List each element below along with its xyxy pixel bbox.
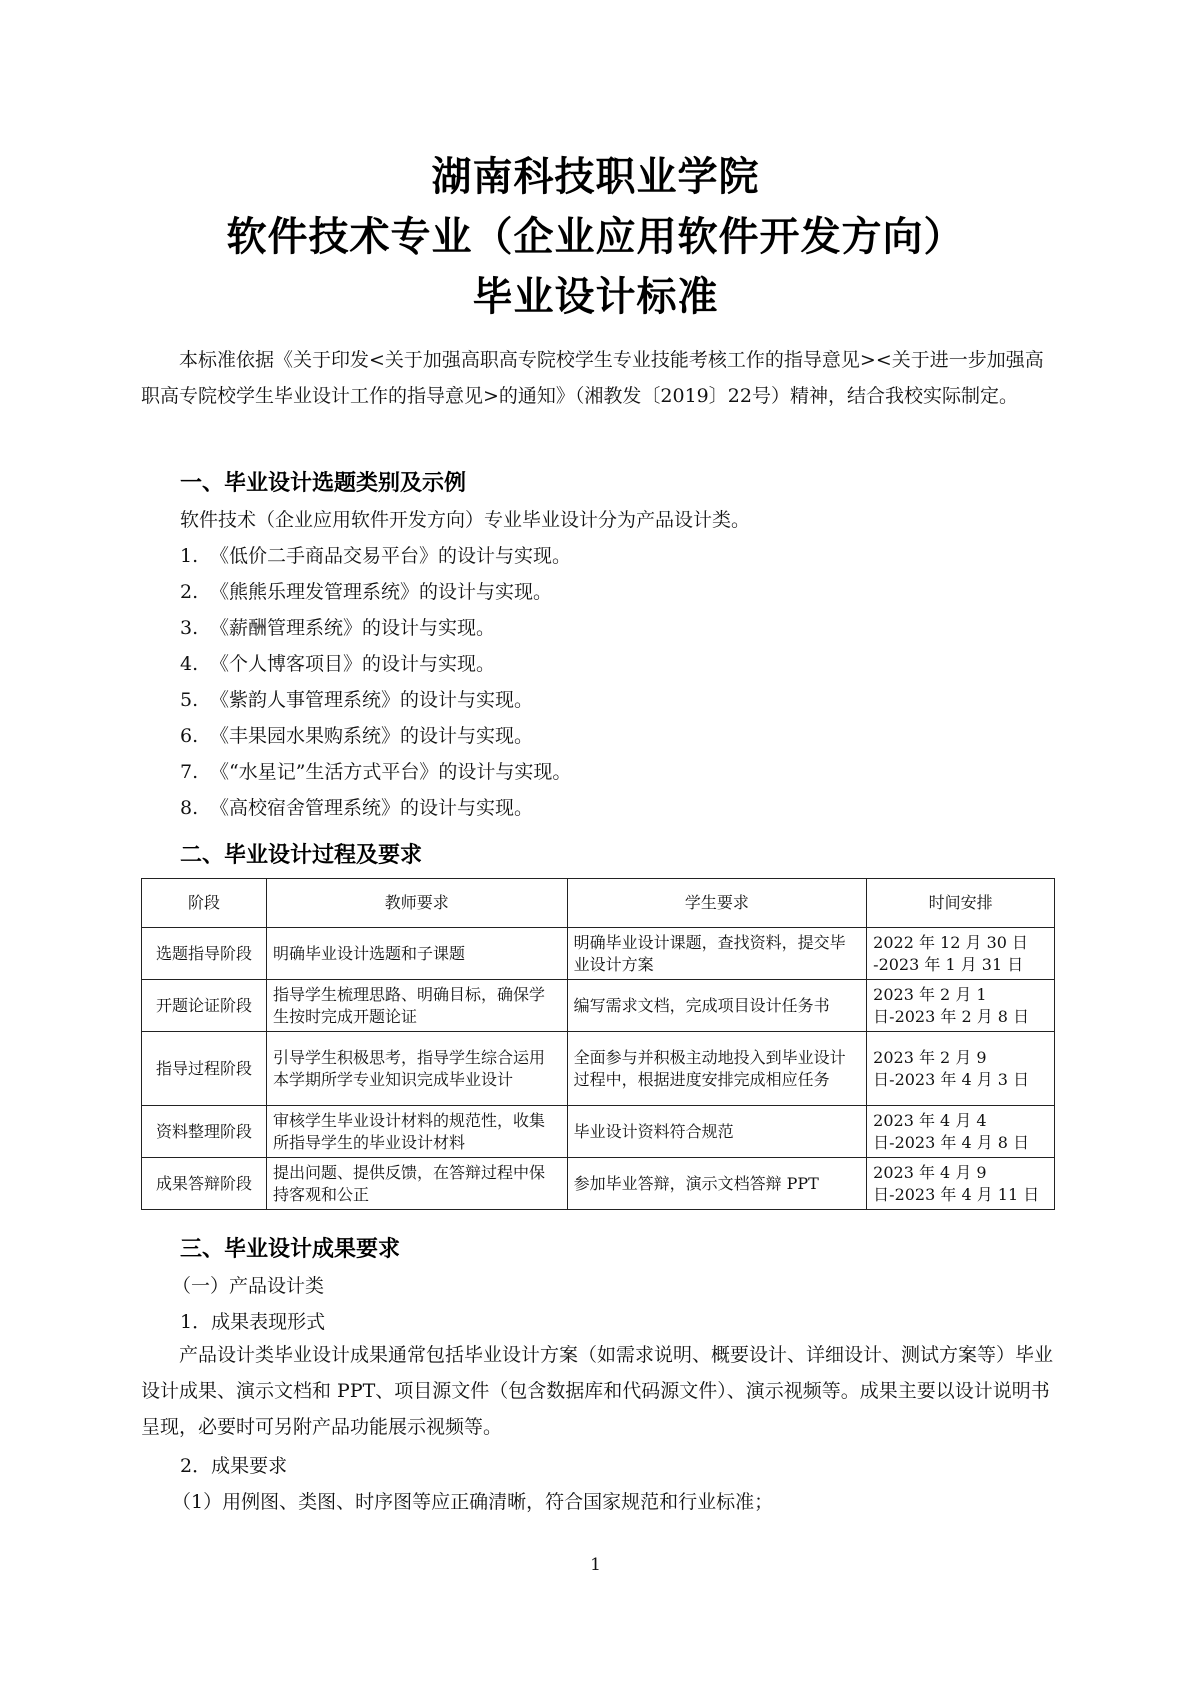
column-header-teacher: 教师要求	[266, 879, 567, 928]
cell-student: 参加毕业答辩，演示文档答辩 PPT	[567, 1158, 867, 1210]
table-row: 指导过程阶段 引导学生积极思考，指导学生综合运用本学期所学专业知识完成毕业设计 …	[142, 1032, 1055, 1106]
section1-heading: 一、毕业设计选题类别及示例	[180, 466, 466, 497]
item2-title: 2．成果要求	[180, 1451, 287, 1478]
topic-list-item: 7.《“水星记”生活方式平台》的设计与实现。	[180, 757, 571, 784]
cell-teacher: 提出问题、提供反馈，在答辩过程中保持客观和公正	[266, 1158, 567, 1210]
major-title: 软件技术专业（企业应用软件开发方向）	[0, 205, 1191, 262]
cell-student: 全面参与并积极主动地投入到毕业设计过程中，根据进度安排完成相应任务	[567, 1032, 867, 1106]
cell-stage: 资料整理阶段	[142, 1106, 267, 1158]
page-number: 1	[0, 1555, 1191, 1575]
column-header-stage: 阶段	[142, 879, 267, 928]
topic-list-item: 8.《高校宿舍管理系统》的设计与实现。	[180, 793, 533, 820]
cell-teacher: 审核学生毕业设计材料的规范性，收集所指导学生的毕业设计材料	[266, 1106, 567, 1158]
subsection-heading: （一）产品设计类	[172, 1271, 324, 1298]
item1-body: 产品设计类毕业设计成果通常包括毕业设计方案（如需求说明、概要设计、详细设计、测试…	[141, 1337, 1055, 1445]
cell-student: 明确毕业设计课题，查找资料，提交毕业设计方案	[567, 928, 867, 980]
table-row: 资料整理阶段 审核学生毕业设计材料的规范性，收集所指导学生的毕业设计材料 毕业设…	[142, 1106, 1055, 1158]
process-table: 阶段 教师要求 学生要求 时间安排 选题指导阶段 明确毕业设计选题和子课题 明确…	[141, 878, 1055, 1210]
topic-list-item: 5.《紫韵人事管理系统》的设计与实现。	[180, 685, 533, 712]
document-title: 毕业设计标准	[0, 265, 1191, 322]
cell-time: 2023 年 2 月 1 日-2023 年 2 月 8 日	[867, 980, 1055, 1032]
cell-time: 2023 年 4 月 9 日-2023 年 4 月 11 日	[867, 1158, 1055, 1210]
table-row: 开题论证阶段 指导学生梳理思路、明确目标，确保学生按时完成开题论证 编写需求文档…	[142, 980, 1055, 1032]
section2-heading: 二、毕业设计过程及要求	[180, 838, 422, 869]
table-row: 选题指导阶段 明确毕业设计选题和子课题 明确毕业设计课题，查找资料，提交毕业设计…	[142, 928, 1055, 980]
cell-teacher: 明确毕业设计选题和子课题	[266, 928, 567, 980]
cell-time: 2023 年 4 月 4 日-2023 年 4 月 8 日	[867, 1106, 1055, 1158]
school-title: 湖南科技职业学院	[0, 145, 1191, 202]
cell-teacher: 指导学生梳理思路、明确目标，确保学生按时完成开题论证	[266, 980, 567, 1032]
topic-list-item: 4.《个人博客项目》的设计与实现。	[180, 649, 495, 676]
intro-paragraph: 本标准依据《关于印发<关于加强高职高专院校学生专业技能考核工作的指导意见><关于…	[141, 342, 1055, 414]
cell-time: 2022 年 12 月 30 日 -2023 年 1 月 31 日	[867, 928, 1055, 980]
topic-list-item: 3.《薪酬管理系统》的设计与实现。	[180, 613, 495, 640]
topic-list-item: 2.《熊熊乐理发管理系统》的设计与实现。	[180, 577, 552, 604]
section1-description: 软件技术（企业应用软件开发方向）专业毕业设计分为产品设计类。	[180, 505, 750, 532]
table-header-row: 阶段 教师要求 学生要求 时间安排	[142, 879, 1055, 928]
topic-list-item: 1.《低价二手商品交易平台》的设计与实现。	[180, 541, 571, 568]
section3-heading: 三、毕业设计成果要求	[180, 1232, 400, 1263]
cell-student: 毕业设计资料符合规范	[567, 1106, 867, 1158]
document-page: 湖南科技职业学院 软件技术专业（企业应用软件开发方向） 毕业设计标准 本标准依据…	[0, 0, 1191, 1684]
table-row: 成果答辩阶段 提出问题、提供反馈，在答辩过程中保持客观和公正 参加毕业答辩，演示…	[142, 1158, 1055, 1210]
topic-list-item: 6.《丰果园水果购系统》的设计与实现。	[180, 721, 533, 748]
column-header-time: 时间安排	[867, 879, 1055, 928]
column-header-student: 学生要求	[567, 879, 867, 928]
cell-stage: 选题指导阶段	[142, 928, 267, 980]
cell-teacher: 引导学生积极思考，指导学生综合运用本学期所学专业知识完成毕业设计	[266, 1032, 567, 1106]
item1-title: 1．成果表现形式	[180, 1307, 325, 1334]
cell-stage: 开题论证阶段	[142, 980, 267, 1032]
item2-point1: （1）用例图、类图、时序图等应正确清晰，符合国家规范和行业标准；	[172, 1487, 773, 1514]
cell-time: 2023 年 2 月 9 日-2023 年 4 月 3 日	[867, 1032, 1055, 1106]
cell-stage: 指导过程阶段	[142, 1032, 267, 1106]
cell-stage: 成果答辩阶段	[142, 1158, 267, 1210]
cell-student: 编写需求文档，完成项目设计任务书	[567, 980, 867, 1032]
